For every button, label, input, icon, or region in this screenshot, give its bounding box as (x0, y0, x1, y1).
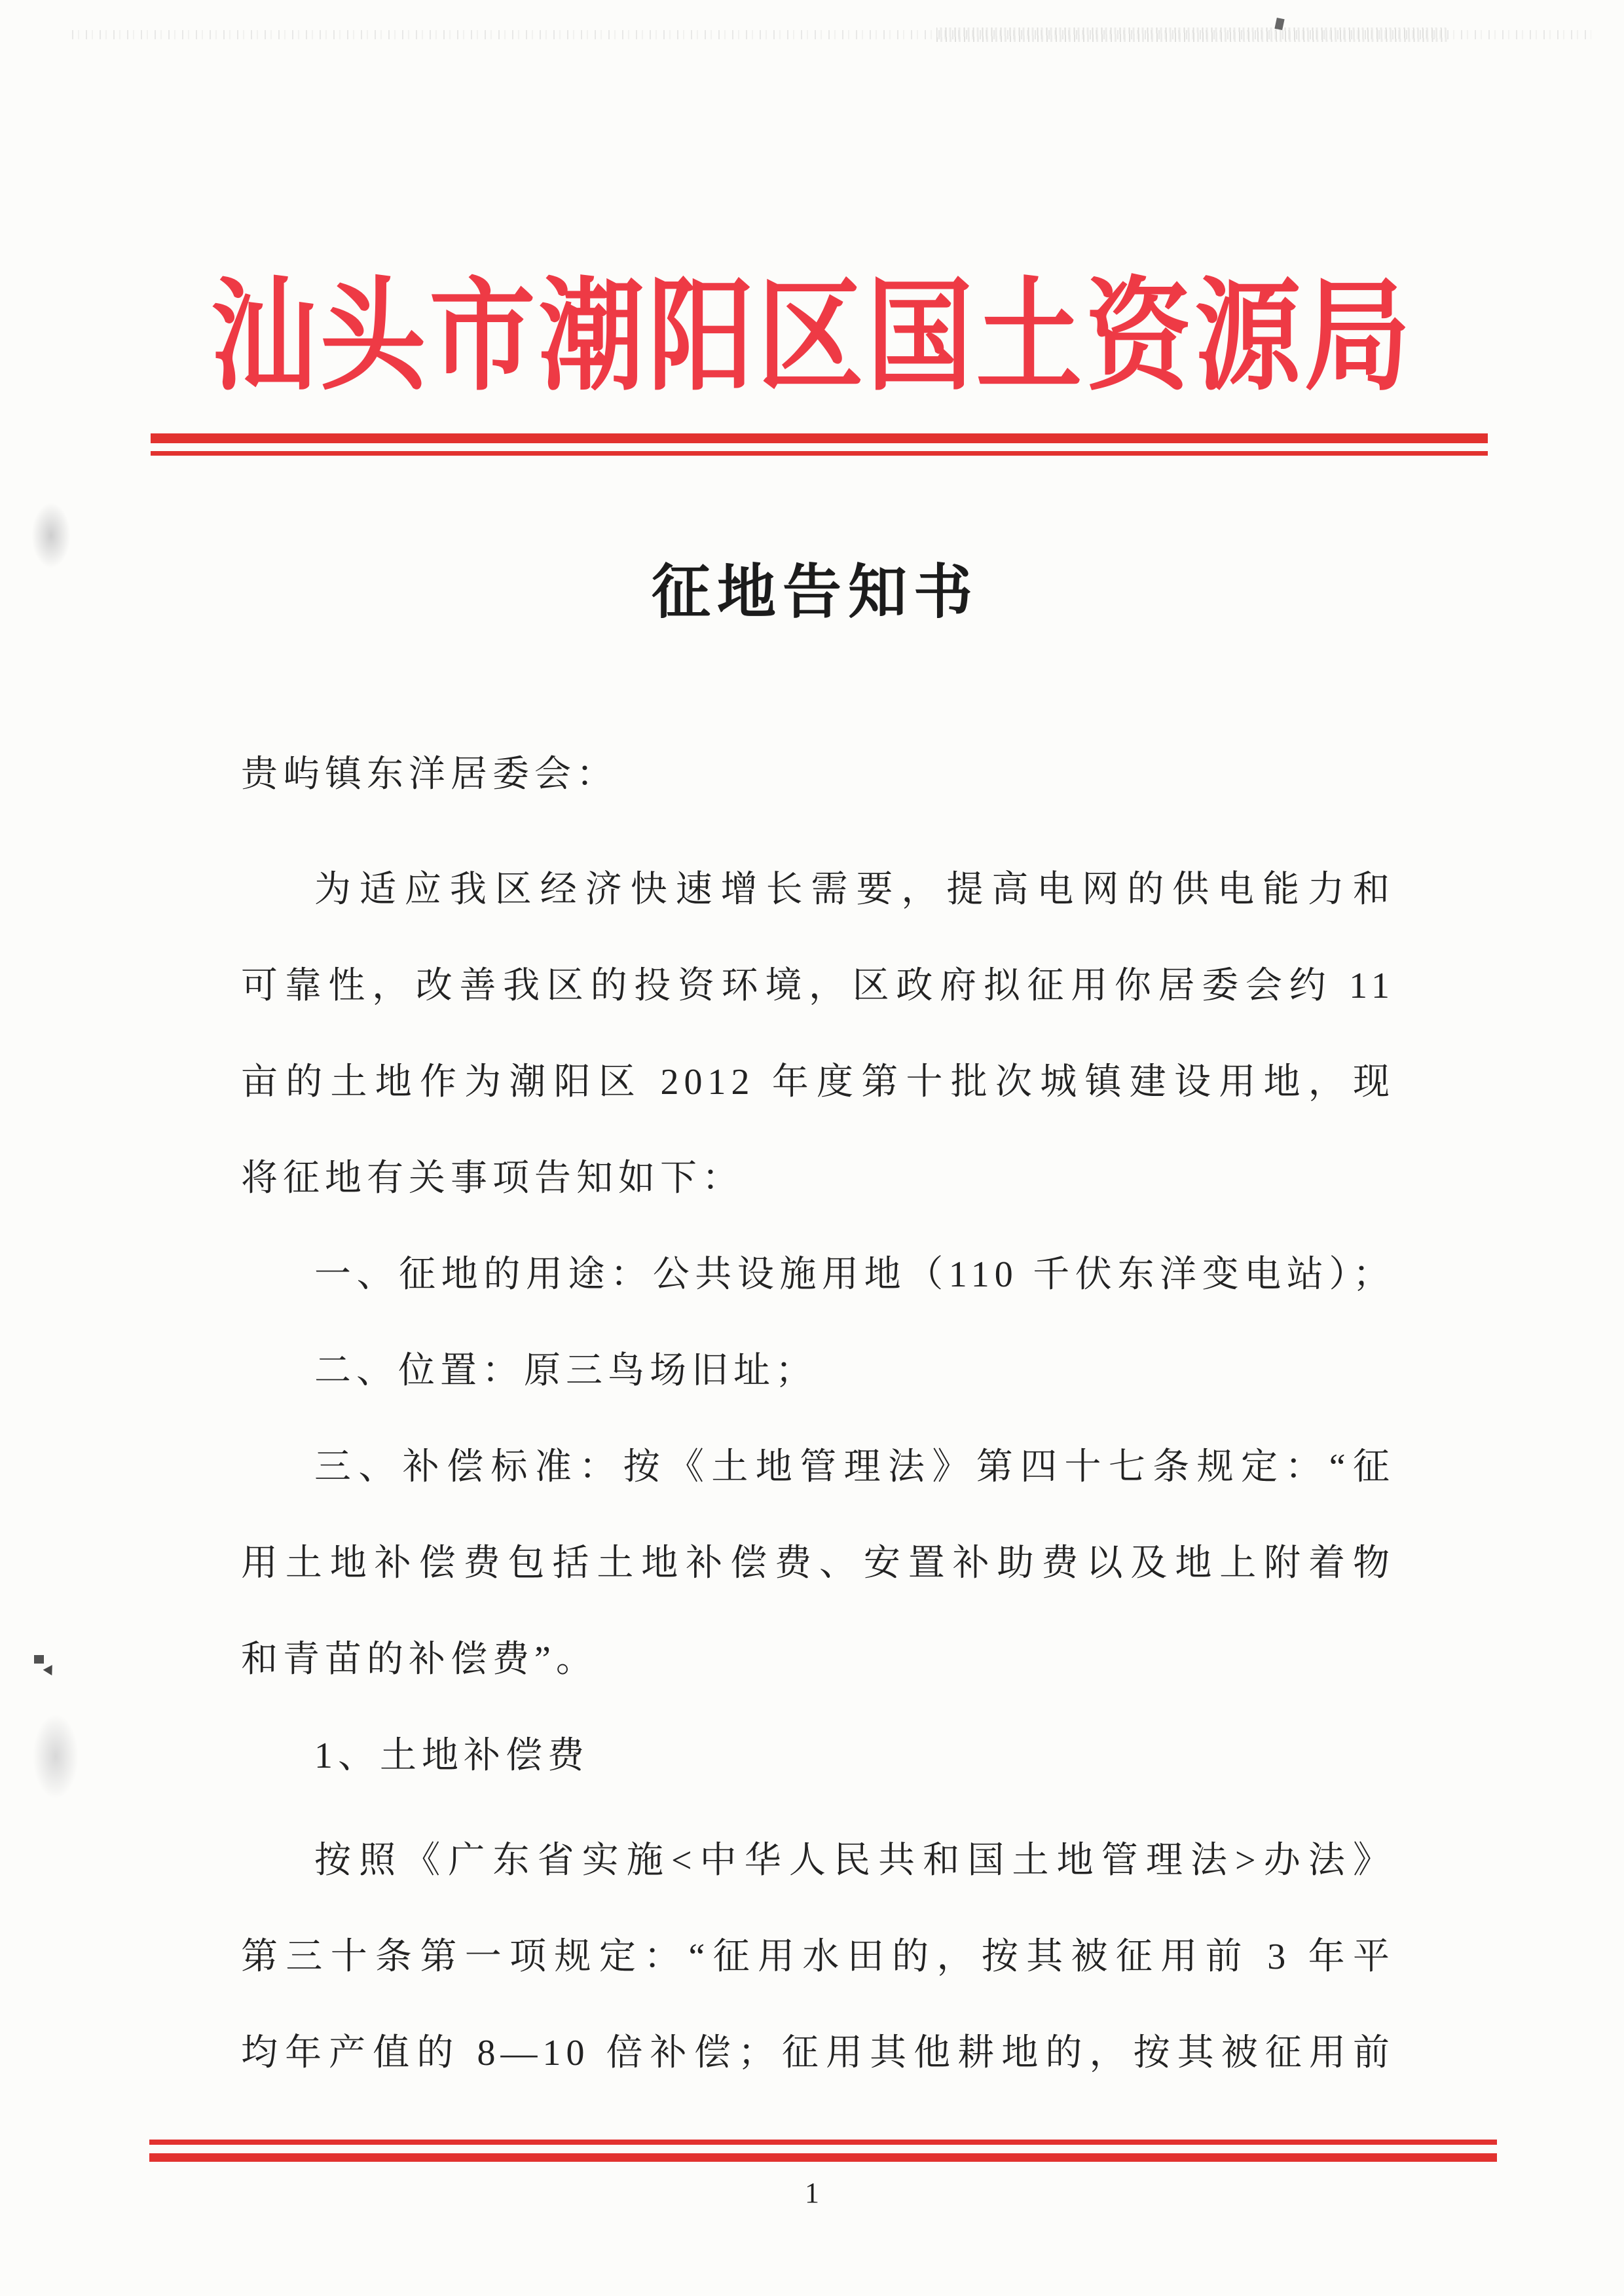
body-line: 均年产值的 8—10 倍补偿；征用其他耕地的，按其被征用前 (241, 2005, 1395, 2102)
page-number: 1 (0, 2179, 1624, 2208)
body-line: 按照《广东省实施<中华人民共和国土地管理法>办法》 (241, 1813, 1395, 1909)
document-body: 为适应我区经济快速增长需要，提高电网的供电能力和 可靠性，改善我区的投资环境，区… (241, 842, 1395, 2102)
body-line: 1、土地补偿费 (241, 1708, 1395, 1804)
scan-artifact-noise-band-dark (936, 27, 1447, 42)
body-line: 一、征地的用途：公共设施用地（110 千伏东洋变电站）； (241, 1227, 1395, 1323)
scan-artifact-speck (43, 1665, 57, 1678)
scan-artifact-smudge (33, 1714, 79, 1799)
scan-artifact-speck (34, 1655, 44, 1664)
document-page: 汕头市潮阳区国土资源局 征地告知书 贵屿镇东洋居委会： 为适应我区经济快速增长需… (0, 0, 1624, 2296)
header-rule-thick (151, 433, 1488, 443)
body-line: 为适应我区经济快速增长需要，提高电网的供电能力和 (241, 842, 1395, 938)
header-rule-thin (151, 451, 1488, 456)
scan-artifact-smudge (31, 503, 71, 568)
document-title: 征地告知书 (0, 563, 1624, 622)
body-line: 将征地有关事项告知如下： (241, 1131, 1395, 1227)
footer-rule-thin (149, 2140, 1497, 2145)
body-line: 亩的土地作为潮阳区 2012 年度第十批次城镇建设用地，现 (241, 1034, 1395, 1131)
agency-name: 汕头市潮阳区国土资源局 (0, 278, 1624, 399)
addressee-line: 贵屿镇东洋居委会： (241, 727, 1395, 823)
body-line: 用土地补偿费包括土地补偿费、安置补助费以及地上附着物 (241, 1516, 1395, 1612)
footer-rule-thick (149, 2153, 1497, 2162)
body-line: 和青苗的补偿费”。 (241, 1612, 1395, 1708)
body-line: 三、补偿标准：按《土地管理法》第四十七条规定：“征 (241, 1419, 1395, 1516)
body-line: 第三十条第一项规定：“征用水田的，按其被征用前 3 年平 (241, 1909, 1395, 2005)
body-line: 二、位置：原三鸟场旧址； (241, 1323, 1395, 1419)
body-line: 可靠性，改善我区的投资环境，区政府拟征用你居委会约 11 (241, 938, 1395, 1034)
